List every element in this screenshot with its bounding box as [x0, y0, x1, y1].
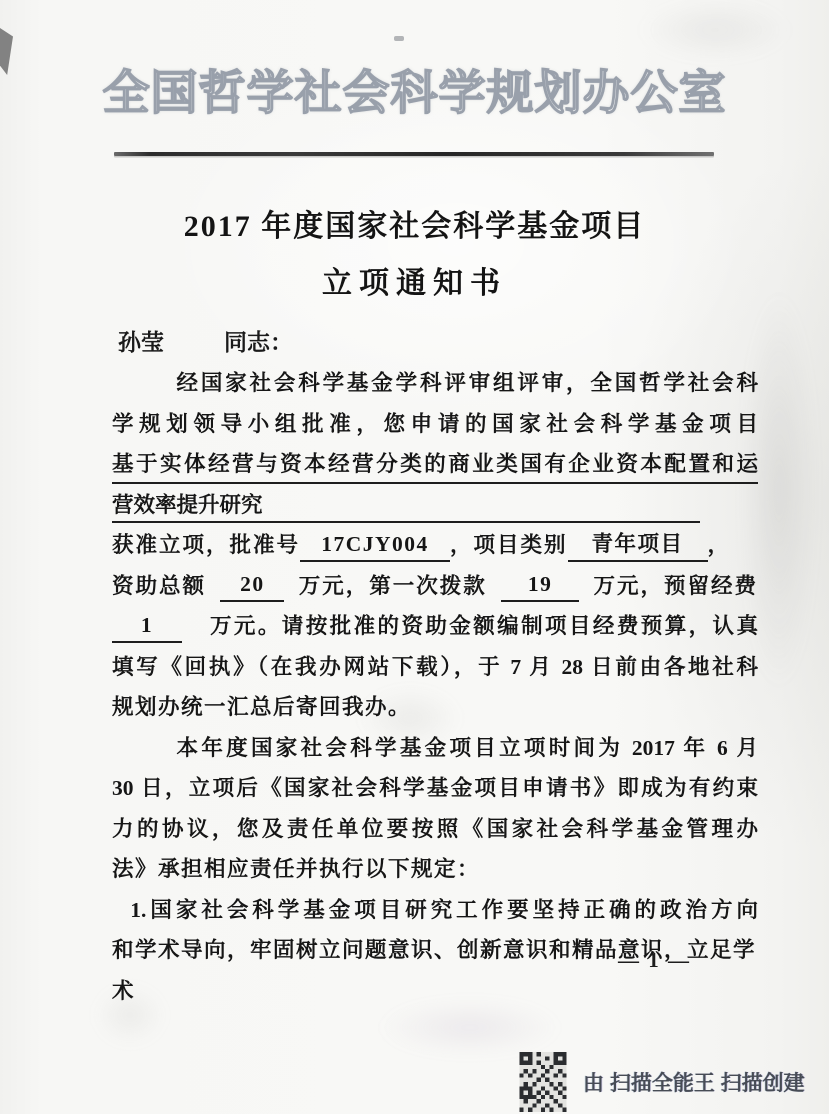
scan-smudge [380, 1000, 560, 1055]
recipient-name: 孙莹 [118, 324, 164, 357]
funding-line: 资助总额 20 万元，第一次拨款 19 万元，预留经费 [112, 566, 758, 607]
scanned-document-page: 全国哲学社会科学规划办公室 2017 年度国家社会科学基金项目 立项通知书 孙莹… [0, 0, 829, 1114]
scan-smudge [640, 0, 790, 60]
page-number: — 1 — [618, 948, 708, 973]
approval-number-blank: 17CJY004 [300, 528, 450, 562]
document-title: 2017 年度国家社会科学基金项目 立项通知书 [0, 201, 829, 302]
body-line: 学规划领导小组批准，您申请的国家社会科学基金项目 [112, 404, 758, 445]
funding-seg1: 资助总额 [112, 566, 206, 607]
first-payment-blank: 19 [501, 568, 579, 602]
recipient-honorific: 同志： [224, 324, 293, 357]
qr-code-icon [514, 1052, 572, 1112]
document-title-line2: 立项通知书 [0, 258, 829, 302]
project-title-line2: 营效率提升研究 [112, 485, 758, 526]
body-line: 30 日，立项后《国家社会科学基金项目申请书》即成为有约束 [112, 768, 758, 809]
funding-seg2: 万元，第一次拨款 [299, 566, 487, 607]
project-title-text: 营效率提升研究 [112, 485, 700, 526]
letterhead-rule [114, 152, 714, 156]
body-line: 力的协议，您及责任单位要按照《国家社会科学基金管理办 [112, 809, 758, 850]
project-category-blank: 青年项目 [568, 528, 708, 562]
body-line: 1.国家社会科学基金项目研究工作要坚持正确的政治方向 [112, 890, 758, 931]
document-body: 经国家社会科学基金学科评审组评审，全国哲学社会科 学规划领导小组批准，您申请的国… [112, 363, 758, 971]
approval-prefix: 获准立项，批准号 [112, 525, 300, 566]
reserve-line: 1 万元。请按批准的资助金额编制项目经费预算，认真 [112, 606, 758, 647]
document-title-line1: 2017 年度国家社会科学基金项目 [0, 201, 829, 245]
total-amount-blank: 20 [220, 568, 284, 602]
body-line: 填写《回执》（在我办网站下载），于 7 月 28 日前由各地社科 [112, 647, 758, 688]
watermark-text: 由 扫描全能王 扫描创建 [583, 1067, 805, 1097]
approval-suffix: ， [708, 525, 732, 566]
body-line: 本年度国家社会科学基金项目立项时间为 2017 年 6 月 [112, 728, 758, 769]
reserve-line-text: 万元。请按批准的资助金额编制项目经费预算，认真 [210, 606, 758, 647]
body-line: 法》承担相应责任并执行以下规定： [112, 849, 758, 890]
scanner-watermark: 由 扫描全能王 扫描创建 [514, 1052, 805, 1112]
approval-mid: ，项目类别 [450, 525, 568, 566]
salutation: 孙莹 同志： [118, 324, 293, 357]
reserved-amount-blank: 1 [112, 609, 182, 643]
project-title-line1: 基于实体经营与资本经营分类的商业类国有企业资本配置和运 [112, 444, 758, 485]
funding-seg3: 万元，预留经费 [593, 566, 758, 607]
body-line: 经国家社会科学基金学科评审组评审，全国哲学社会科 [112, 363, 758, 404]
body-line: 规划办统一汇总后寄回我办。 [112, 687, 758, 728]
office-letterhead: 全国哲学社会科学规划办公室 [0, 56, 829, 123]
approval-line: 获准立项，批准号 17CJY004 ，项目类别 青年项目 ， [112, 525, 718, 566]
scan-speck [394, 36, 404, 41]
